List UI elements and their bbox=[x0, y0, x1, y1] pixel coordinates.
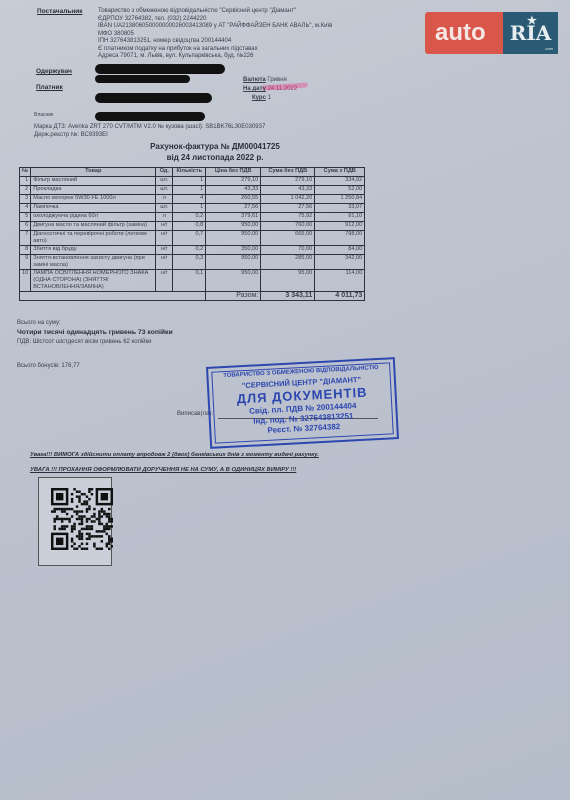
row-sum-net: 285,00 bbox=[261, 255, 315, 270]
row-qty: 1 bbox=[173, 204, 206, 213]
table-row: 3Масло моторне 5W30 FE 1000лл4260,551 04… bbox=[20, 195, 365, 204]
row-sum-gross: 84,00 bbox=[315, 246, 365, 255]
supplier-line: ІПН 327643813251, номер свідоцтва 200144… bbox=[98, 38, 231, 46]
row-product: Діагностичні та перевірочні роботи (легк… bbox=[31, 231, 156, 246]
supplier-label: Постачальник bbox=[37, 8, 83, 15]
row-sum-gross: 912,00 bbox=[315, 222, 365, 231]
supplier-line: Товариство з обмеженою відповідальністю … bbox=[98, 8, 296, 16]
row-qty: 0,1 bbox=[173, 270, 206, 292]
row-sum-gross: 114,00 bbox=[315, 270, 365, 292]
row-sum-net: 43,33 bbox=[261, 186, 315, 195]
row-sum-gross: 1 250,84 bbox=[315, 195, 365, 204]
row-product: Зняття-встановлення захисту двигуна (при… bbox=[31, 255, 156, 270]
row-unit: шт. bbox=[156, 204, 173, 213]
row-no: 3 bbox=[20, 195, 31, 204]
row-price: 379,61 bbox=[206, 213, 261, 222]
items-table: № Товар Од. Кількість Ціна без ПДВ Сума … bbox=[19, 167, 365, 301]
rate-row: Курс 1 bbox=[252, 95, 271, 103]
row-product: Двигуна масло та масляний фільтр (заміна… bbox=[31, 222, 156, 231]
row-product: Збиття від бруду bbox=[31, 246, 156, 255]
qr-code-icon bbox=[51, 488, 113, 550]
table-row: 6Двигуна масло та масляний фільтр (замін… bbox=[20, 222, 365, 231]
row-no: 7 bbox=[20, 231, 31, 246]
vat-words: ПДВ: Шістсот шістдесят вісім гривень 62 … bbox=[17, 339, 151, 347]
table-row: 8Збиття від брудун/г0,2350,0070,0084,00 bbox=[20, 246, 365, 255]
payment-warning: Увага!!! ВИМОГА здійснити оплату впродов… bbox=[30, 452, 319, 458]
col-no: № bbox=[20, 168, 31, 177]
row-price: 950,00 bbox=[206, 222, 261, 231]
vehicle-info: Марка ДТЗ: Avenka ZRT 270 CVT/MTM V2.0 №… bbox=[34, 124, 265, 132]
row-unit: н/г bbox=[156, 231, 173, 246]
row-qty: 1 bbox=[173, 186, 206, 195]
row-qty: 4 bbox=[173, 195, 206, 204]
power-of-attorney-warning: УВАГА !!! ПРОХАННЯ ОФОРМЛЮВАТИ ДОРУЧЕННЯ… bbox=[30, 467, 296, 473]
row-price: 43,33 bbox=[206, 186, 261, 195]
table-header: № Товар Од. Кількість Ціна без ПДВ Сума … bbox=[20, 168, 365, 177]
table-row: 9Зняття-встановлення захисту двигуна (пр… bbox=[20, 255, 365, 270]
owner-label: Власник bbox=[34, 112, 53, 120]
sum-label: Всього на суму: bbox=[17, 320, 61, 328]
row-sum-gross: 334,92 bbox=[315, 177, 365, 186]
recipient-label: Одержувач bbox=[36, 68, 72, 75]
row-no: 6 bbox=[20, 222, 31, 231]
row-price: 260,55 bbox=[206, 195, 261, 204]
row-qty: 0,2 bbox=[173, 213, 206, 222]
supplier-line: IBAN UA213806050000000026003413089 у АТ … bbox=[98, 23, 332, 31]
sum-words: Чотири тисячі одинадцять гривень 73 копі… bbox=[17, 329, 173, 337]
qr-code-frame bbox=[38, 477, 112, 566]
rate-value: 1 bbox=[268, 95, 271, 101]
col-qty: Кількість bbox=[173, 168, 206, 177]
row-no: 1 bbox=[20, 177, 31, 186]
bonus-total: Всього бонусів: 176,77 bbox=[17, 363, 80, 371]
row-qty: 0,7 bbox=[173, 231, 206, 246]
col-sum-net: Сума без ПДВ bbox=[261, 168, 315, 177]
table-row: 1Фільтр маслянийшт.1279,10279,10334,92 bbox=[20, 177, 365, 186]
total-net: 3 343,11 bbox=[261, 292, 315, 301]
reg-number: Держ.реєстр №: ВС9393ЕІ bbox=[34, 132, 108, 140]
row-sum-net: 75,92 bbox=[261, 213, 315, 222]
logo-ria-suffix: .com bbox=[544, 46, 553, 51]
row-product: Фільтр масляний bbox=[31, 177, 156, 186]
row-unit: шт. bbox=[156, 186, 173, 195]
company-stamp: ТОВАРИСТВО З ОБМЕЖЕНОЮ ВІДПОВІДАЛЬНІСТЮ … bbox=[206, 357, 399, 449]
row-sum-net: 279,10 bbox=[261, 177, 315, 186]
autoria-watermark-logo: auto ★ RIA .com bbox=[425, 12, 558, 54]
currency-label: Валюта bbox=[243, 77, 266, 83]
row-unit: н/г bbox=[156, 246, 173, 255]
supplier-line: ЄДРПОУ 32764382, тел. (032) 2244220 bbox=[98, 16, 206, 24]
col-sum-gross: Сума з ПДВ bbox=[315, 168, 365, 177]
invoice-date: від 24 листопада 2022 р. bbox=[0, 153, 430, 162]
total-label: Разом: bbox=[206, 292, 261, 301]
redacted-recipient bbox=[95, 64, 225, 74]
payer-label: Платник bbox=[36, 84, 63, 91]
rate-label: Курс bbox=[252, 95, 266, 101]
row-no: 8 bbox=[20, 246, 31, 255]
row-unit: л bbox=[156, 213, 173, 222]
row-qty: 0,2 bbox=[173, 246, 206, 255]
row-price: 350,00 bbox=[206, 246, 261, 255]
table-row: 7Діагностичні та перевірочні роботи (лег… bbox=[20, 231, 365, 246]
table-row: 2Прокладкашт.143,3343,3352,00 bbox=[20, 186, 365, 195]
row-qty: 0,8 bbox=[173, 222, 206, 231]
redacted-recipient-2 bbox=[95, 75, 190, 83]
row-product: охолоджуюча рідина 60л bbox=[31, 213, 156, 222]
row-price: 27,56 bbox=[206, 204, 261, 213]
row-no: 5 bbox=[20, 213, 31, 222]
date-value: 24.11.2022 bbox=[268, 86, 298, 92]
row-sum-net: 665,00 bbox=[261, 231, 315, 246]
row-sum-net: 760,00 bbox=[261, 222, 315, 231]
row-unit: н/г bbox=[156, 255, 173, 270]
row-sum-net: 70,00 bbox=[261, 246, 315, 255]
total-row: Разом: 3 343,11 4 011,73 bbox=[20, 292, 365, 301]
col-product: Товар bbox=[31, 168, 156, 177]
col-price: Ціна без ПДВ bbox=[206, 168, 261, 177]
logo-auto-text: auto bbox=[425, 12, 503, 54]
redacted-payer bbox=[95, 93, 212, 103]
row-price: 950,00 bbox=[206, 255, 261, 270]
row-sum-net: 95,00 bbox=[261, 270, 315, 292]
row-product: Лампочка bbox=[31, 204, 156, 213]
row-no: 2 bbox=[20, 186, 31, 195]
row-sum-net: 1 042,20 bbox=[261, 195, 315, 204]
row-product: Масло моторне 5W30 FE 1000л bbox=[31, 195, 156, 204]
row-sum-gross: 33,07 bbox=[315, 204, 365, 213]
row-sum-gross: 342,00 bbox=[315, 255, 365, 270]
total-gross: 4 011,73 bbox=[315, 292, 365, 301]
row-product: Прокладка bbox=[31, 186, 156, 195]
row-unit: л bbox=[156, 195, 173, 204]
date-row: На дату 24.11.2022 bbox=[243, 86, 297, 94]
row-no: 10 bbox=[20, 270, 31, 292]
supplier-line: Є платником податку на прибуток на загал… bbox=[98, 46, 258, 54]
table-row: 4Лампочкашт.127,5627,5633,07 bbox=[20, 204, 365, 213]
invoice-title: Рахунок-фактура № ДМ00041725 bbox=[0, 142, 430, 151]
row-sum-gross: 91,10 bbox=[315, 213, 365, 222]
row-sum-gross: 52,00 bbox=[315, 186, 365, 195]
redacted-owner bbox=[95, 112, 205, 121]
row-no: 9 bbox=[20, 255, 31, 270]
supplier-line: МФО 380805 bbox=[98, 31, 134, 39]
date-label: На дату bbox=[243, 86, 266, 92]
row-qty: 0,3 bbox=[173, 255, 206, 270]
row-price: 950,00 bbox=[206, 231, 261, 246]
supplier-line: Адреса 79071, м. Львів, вул. Кульпарківс… bbox=[98, 53, 253, 61]
table-row: 10ЛАМПА ОСВІТЛЕННЯ НОМЕРНОГО ЗНАКА (ОДНА… bbox=[20, 270, 365, 292]
invoice-page: auto ★ RIA .com Постачальник Товариство … bbox=[0, 0, 570, 800]
currency-value: Гривня bbox=[267, 77, 286, 83]
row-unit: н/г bbox=[156, 222, 173, 231]
logo-ria-block: ★ RIA .com bbox=[503, 12, 558, 54]
row-price: 279,10 bbox=[206, 177, 261, 186]
row-sum-net: 27,56 bbox=[261, 204, 315, 213]
row-qty: 1 bbox=[173, 177, 206, 186]
star-icon: ★ bbox=[527, 14, 537, 27]
row-no: 4 bbox=[20, 204, 31, 213]
row-sum-gross: 798,00 bbox=[315, 231, 365, 246]
row-unit: шт. bbox=[156, 177, 173, 186]
row-product: ЛАМПА ОСВІТЛЕННЯ НОМЕРНОГО ЗНАКА (ОДНА С… bbox=[31, 270, 156, 292]
row-unit: н/г bbox=[156, 270, 173, 292]
col-unit: Од. bbox=[156, 168, 173, 177]
table-row: 5охолоджуюча рідина 60лл0,2379,6175,9291… bbox=[20, 213, 365, 222]
row-price: 950,00 bbox=[206, 270, 261, 292]
